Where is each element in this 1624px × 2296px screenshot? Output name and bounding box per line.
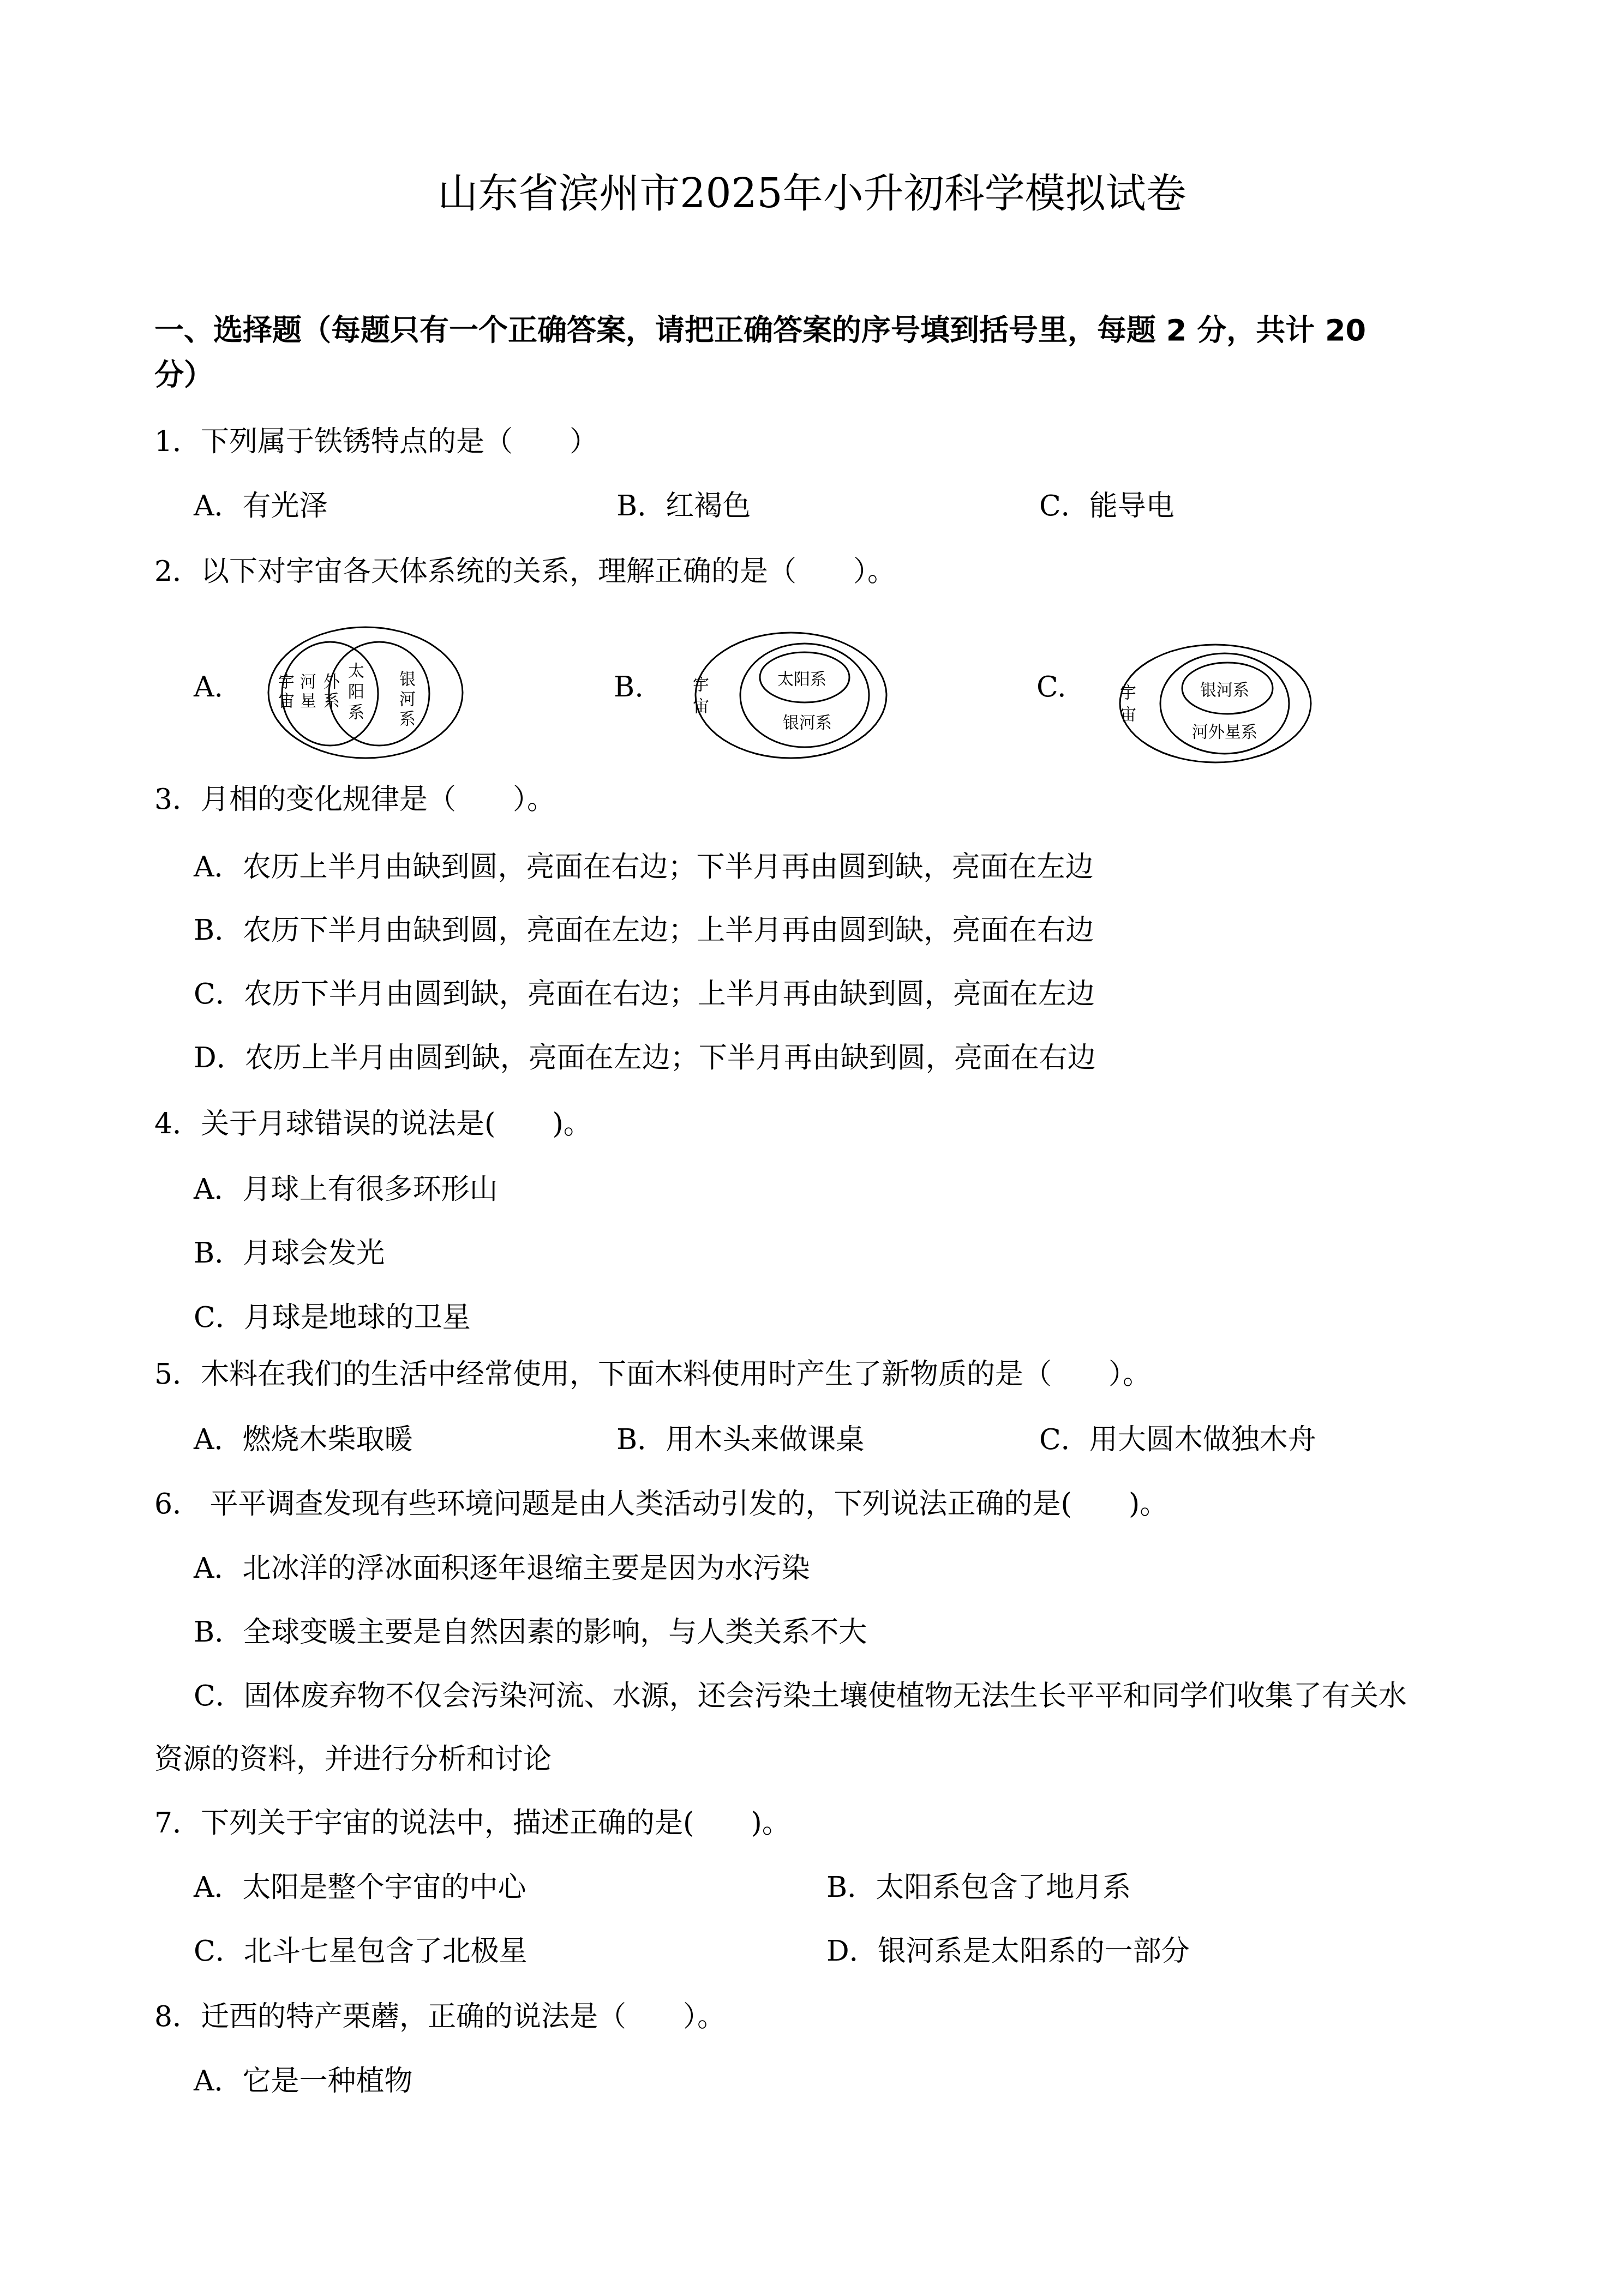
option-text: 北斗七星包含了北极星 xyxy=(244,1935,528,1968)
option-letter: A． xyxy=(194,1552,243,1585)
option-text: 用大圆木做独木舟 xyxy=(1089,1423,1316,1456)
question-stem: 木料在我们的生活中经常使用，下面木料使用时产生了新物质的是（ ）。 xyxy=(201,1358,1151,1391)
question-7: 7．下列关于宇宙的说法中，描述正确的是( )。 xyxy=(154,1801,790,1845)
svg-text:河: 河 xyxy=(300,672,316,692)
option-text: 有光泽 xyxy=(243,490,328,522)
question-stem: 以下对宇宙各天体系统的关系，理解正确的是（ ）。 xyxy=(201,555,896,588)
option-text: 能导电 xyxy=(1089,490,1174,522)
question-7-option-b[interactable]: B．太阳系包含了地月系 xyxy=(826,1866,1131,1909)
option-text: 农历下半月由缺到圆，亮面在左边；上半月再由圆到缺，亮面在右边 xyxy=(243,914,1094,947)
question-number: 1． xyxy=(154,425,201,458)
option-letter: C． xyxy=(1039,1423,1089,1456)
svg-text:宙: 宙 xyxy=(1120,705,1136,724)
question-stem: 关于月球错误的说法是( )。 xyxy=(201,1108,592,1140)
option-text: 月球上有很多环形山 xyxy=(243,1173,498,1206)
svg-text:银河系: 银河系 xyxy=(783,713,832,732)
diagram-label-universe: 宇 xyxy=(278,672,295,692)
question-5-option-c[interactable]: C．用大圆木做独木舟 xyxy=(1039,1418,1316,1462)
question-6-option-a[interactable]: A．北冰洋的浮冰面积逐年退缩主要是因为水污染 xyxy=(194,1547,810,1590)
question-6-option-b[interactable]: B．全球变暖主要是自然因素的影响，与人类关系不大 xyxy=(194,1610,867,1654)
option-letter: A． xyxy=(194,2065,243,2097)
option-text: 固体废弃物不仅会污染河流、水源，还会污染土壤使植物无法生长平平和同学们收集了有关… xyxy=(244,1680,1407,1712)
svg-text:宙: 宙 xyxy=(278,692,295,711)
section-heading-continuation: 分） xyxy=(154,353,213,397)
svg-text:外: 外 xyxy=(323,672,340,692)
question-stem: 下列属于铁锈特点的是（ ） xyxy=(201,425,598,458)
option-letter: A． xyxy=(194,851,243,883)
option-letter: B． xyxy=(616,1423,666,1456)
question-number: 3． xyxy=(154,783,201,816)
option-letter: C． xyxy=(1039,490,1089,522)
svg-text:星: 星 xyxy=(300,692,316,711)
svg-text:宙: 宙 xyxy=(693,697,709,716)
question-7-option-a[interactable]: A．太阳是整个宇宙的中心 xyxy=(194,1866,526,1909)
question-2-option-c[interactable]: C. 宇 宙 银河系 河外星系 xyxy=(1034,616,1328,769)
option-letter: C． xyxy=(194,1301,244,1334)
question-1-option-c[interactable]: C．能导电 xyxy=(1039,484,1174,528)
venn-diagram-icon: 宇 宙 河 星 外 系 太 阳 系 银 河 系 xyxy=(191,616,486,769)
option-text: 农历上半月由圆到缺，亮面在左边；下半月再由缺到圆，亮面在右边 xyxy=(245,1042,1096,1074)
question-number: 2． xyxy=(154,555,201,588)
question-number: 7． xyxy=(154,1807,201,1840)
question-8-option-a[interactable]: A．它是一种植物 xyxy=(194,2059,413,2103)
option-letter: C． xyxy=(194,1935,244,1968)
question-stem: 平平调查发现有些环境问题是由人类活动引发的，下列说法正确的是( )。 xyxy=(201,1488,1168,1520)
question-2: 2．以下对宇宙各天体系统的关系，理解正确的是（ ）。 xyxy=(154,550,896,593)
svg-text:太: 太 xyxy=(348,662,364,681)
nested-ellipse-diagram-icon: 宇 宙 太阳系 银河系 xyxy=(611,616,906,769)
option-letter: B． xyxy=(194,914,243,947)
option-letter: A． xyxy=(194,490,243,522)
option-text: 太阳系包含了地月系 xyxy=(876,1871,1131,1904)
option-letter: C． xyxy=(194,1680,244,1712)
question-1: 1．下列属于铁锈特点的是（ ） xyxy=(154,420,598,464)
question-4-option-b[interactable]: B．月球会发光 xyxy=(194,1231,385,1275)
section-heading: 一、选择题（每题只有一个正确答案，请把正确答案的序号填到括号里，每题 2 分，共… xyxy=(154,309,1366,352)
option-text: 太阳是整个宇宙的中心 xyxy=(243,1871,526,1904)
question-6-option-c-continuation: 资源的资料，并进行分析和讨论 xyxy=(154,1738,552,1781)
option-text: 全球变暖主要是自然因素的影响，与人类关系不大 xyxy=(243,1616,867,1649)
page-title: 山东省滨州市2025年小升初科学模拟试卷 xyxy=(0,164,1624,224)
svg-text:阳: 阳 xyxy=(348,682,364,701)
nested-ellipse-diagram-icon: 宇 宙 银河系 河外星系 xyxy=(1034,616,1328,769)
question-1-option-b[interactable]: B．红褐色 xyxy=(616,484,751,528)
question-2-option-b[interactable]: B. 宇 宙 太阳系 银河系 xyxy=(611,616,906,769)
question-4-option-c[interactable]: C．月球是地球的卫星 xyxy=(194,1296,471,1339)
option-letter: C． xyxy=(194,978,244,1011)
option-letter: B． xyxy=(826,1871,876,1904)
question-stem: 迁西的特产栗蘑，正确的说法是（ ）。 xyxy=(201,2000,726,2033)
question-2-option-a[interactable]: A. 宇 宙 河 星 外 系 太 阳 系 银 河 系 xyxy=(191,616,486,769)
question-number: 5． xyxy=(154,1358,201,1391)
question-3: 3．月相的变化规律是（ ）。 xyxy=(154,778,555,821)
svg-text:河外星系: 河外星系 xyxy=(1192,723,1257,742)
question-1-option-a[interactable]: A．有光泽 xyxy=(194,484,328,528)
option-text: 用木头来做课桌 xyxy=(666,1423,864,1456)
question-3-option-a[interactable]: A．农历上半月由缺到圆，亮面在右边；下半月再由圆到缺，亮面在左边 xyxy=(194,845,1094,889)
question-number: 6． xyxy=(154,1488,201,1520)
svg-text:宇: 宇 xyxy=(1120,683,1136,702)
option-letter: C. xyxy=(1036,671,1066,704)
svg-text:宇: 宇 xyxy=(693,675,709,694)
question-8: 8．迁西的特产栗蘑，正确的说法是（ ）。 xyxy=(154,1995,726,2039)
option-letter: B. xyxy=(614,671,644,704)
question-6-option-c[interactable]: C．固体废弃物不仅会污染河流、水源，还会污染土壤使植物无法生长平平和同学们收集了… xyxy=(194,1674,1407,1718)
option-letter: A. xyxy=(194,671,223,704)
question-stem: 下列关于宇宙的说法中，描述正确的是( )。 xyxy=(201,1807,790,1840)
question-5: 5．木料在我们的生活中经常使用，下面木料使用时产生了新物质的是（ ）。 xyxy=(154,1353,1151,1396)
question-3-option-b[interactable]: B．农历下半月由缺到圆，亮面在左边；上半月再由圆到缺，亮面在右边 xyxy=(194,909,1094,952)
option-text: 农历上半月由缺到圆，亮面在右边；下半月再由圆到缺，亮面在左边 xyxy=(243,851,1094,883)
question-stem: 月相的变化规律是（ ）。 xyxy=(201,783,555,816)
question-number: 4． xyxy=(154,1108,201,1140)
svg-text:系: 系 xyxy=(399,710,416,729)
option-text: 北冰洋的浮冰面积逐年退缩主要是因为水污染 xyxy=(243,1552,810,1585)
option-letter: D． xyxy=(194,1042,245,1074)
svg-text:银: 银 xyxy=(399,670,416,689)
question-4: 4．关于月球错误的说法是( )。 xyxy=(154,1102,592,1146)
svg-text:系: 系 xyxy=(348,703,364,722)
question-5-option-a[interactable]: A．燃烧木柴取暖 xyxy=(194,1418,413,1462)
svg-text:太阳系: 太阳系 xyxy=(777,670,826,689)
question-4-option-a[interactable]: A．月球上有很多环形山 xyxy=(194,1168,498,1211)
question-7-option-d[interactable]: D．银河系是太阳系的一部分 xyxy=(826,1930,1190,1973)
svg-text:系: 系 xyxy=(323,692,340,711)
option-letter: A． xyxy=(194,1173,243,1206)
option-text: 月球会发光 xyxy=(243,1237,385,1270)
option-letter: A． xyxy=(194,1871,243,1904)
option-text: 它是一种植物 xyxy=(243,2065,413,2097)
question-7-option-c[interactable]: C．北斗七星包含了北极星 xyxy=(194,1930,528,1973)
option-letter: B． xyxy=(194,1616,243,1649)
option-text: 红褐色 xyxy=(666,490,751,522)
option-text: 银河系是太阳系的一部分 xyxy=(878,1935,1190,1968)
question-5-option-b[interactable]: B．用木头来做课桌 xyxy=(616,1418,864,1462)
option-letter: A． xyxy=(194,1423,243,1456)
question-3-option-d[interactable]: D．农历上半月由圆到缺，亮面在左边；下半月再由缺到圆，亮面在右边 xyxy=(194,1036,1096,1080)
option-text: 月球是地球的卫星 xyxy=(244,1301,471,1334)
option-letter: B． xyxy=(194,1237,243,1270)
question-6: 6． 平平调查发现有些环境问题是由人类活动引发的，下列说法正确的是( )。 xyxy=(154,1482,1168,1526)
option-text: 燃烧木柴取暖 xyxy=(243,1423,413,1456)
option-letter: B． xyxy=(616,490,666,522)
svg-text:河: 河 xyxy=(399,690,416,709)
option-text: 农历下半月由圆到缺，亮面在右边；上半月再由缺到圆，亮面在左边 xyxy=(244,978,1095,1011)
question-3-option-c[interactable]: C．农历下半月由圆到缺，亮面在右边；上半月再由缺到圆，亮面在左边 xyxy=(194,972,1095,1016)
question-number: 8． xyxy=(154,2000,201,2033)
option-letter: D． xyxy=(826,1935,878,1968)
svg-text:银河系: 银河系 xyxy=(1200,681,1249,700)
